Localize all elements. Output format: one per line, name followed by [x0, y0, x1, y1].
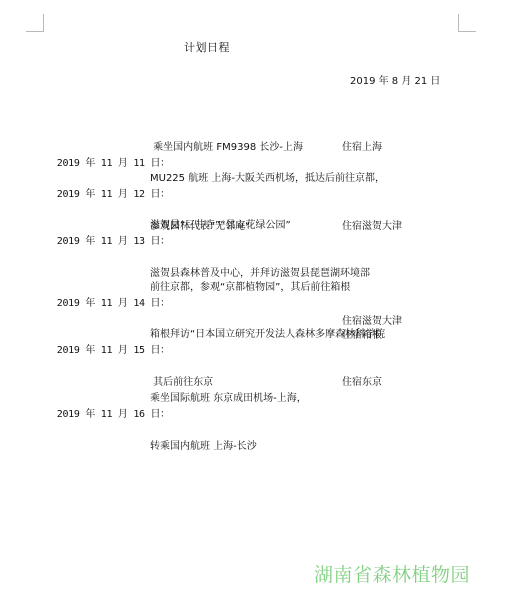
entry-accommodation: 住宿上海 [342, 140, 382, 156]
document-title: 计划日程 [184, 39, 230, 55]
entry-accommodation: 住宿滋贺大津 [342, 219, 402, 235]
entry-accommodation: 住宿东京 [342, 375, 382, 391]
page-corner-mark-top-left [26, 14, 44, 32]
watermark-text: 湖南省森林植物园 [314, 560, 470, 587]
entry-text: 滋贺县“三井寺”“县立花绿公园” [150, 218, 291, 234]
entry-text: 乘坐国内航班 FM9398 长沙-上海 [150, 140, 303, 156]
entry-date-label: 2019 年 11 月 16 日： [57, 407, 163, 423]
entry-text: 前往京都，参观“京都植物园”，其后前往箱根 [150, 280, 350, 296]
entry-text: 乘坐国际航班 东京成田机场-上海， [150, 391, 307, 407]
document-date: 2019 年 8 月 21 日 [350, 72, 440, 87]
page-corner-mark-top-right [458, 14, 476, 32]
entry-date-label: 2019 年 11 月 15 日： [57, 343, 163, 359]
entry-text: MU225 航班 上海-大阪关西机场，抵达后前往京都， [150, 171, 385, 187]
entry-text: 转乘国内航班 上海-长沙 [150, 439, 257, 455]
schedule-entry: 2019 年 11 月 16 日： 乘坐国际航班 东京成田机场-上海， 转乘国内… [44, 359, 163, 471]
entry-text: 箱根拜访“日本国立研究开发法人森林多摩森林科学院 [150, 327, 385, 343]
